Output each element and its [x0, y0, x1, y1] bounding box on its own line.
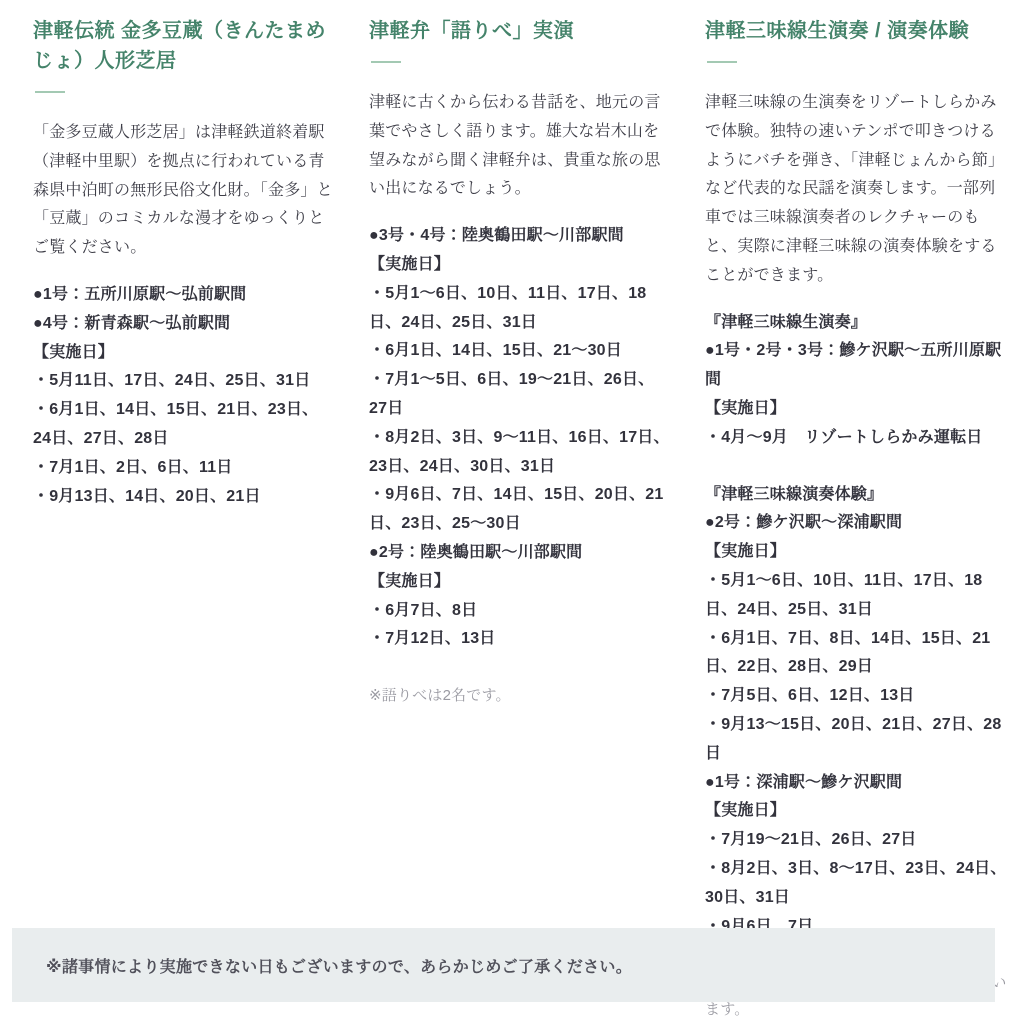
section-title: 津軽伝統 金多豆蔵（きんたまめじょ）人形芝居 [33, 16, 335, 76]
section-storytelling: 津軽弁「語りべ」実演 津軽に古くから伝わる昔話を、地元の言葉でやさしく語ります。… [369, 16, 671, 1023]
schedule-label: 【実施日】 [705, 797, 1007, 826]
title-divider [35, 91, 65, 93]
date-line: ・6月1日、14日、15日、21～30日 [369, 337, 671, 366]
schedule-blocks: ●3号・4号：陸奥鶴田駅～川部駅間 【実施日】 ・5月1～6日、10日、11日、… [369, 222, 671, 709]
route-line: ●1号：五所川原駅～弘前駅間 [33, 281, 335, 310]
section-intro: 津軽に古くから伝わる昔話を、地元の言葉でやさしく語ります。雄大な岩木山を望みなが… [369, 89, 671, 204]
page: { "colors": { "heading_green": "#44836a"… [0, 0, 1018, 1024]
date-line: ・9月13日、14日、20日、21日 [33, 483, 335, 512]
date-line: ・7月12日、13日 [369, 625, 671, 654]
schedule-label: 【実施日】 [705, 538, 1007, 567]
schedule-label: 【実施日】 [33, 339, 335, 368]
section-intro: 「金多豆蔵人形芝居」は津軽鉄道終着駅（津軽中里駅）を拠点に行われている青森県中泊… [33, 119, 335, 263]
title-divider [707, 61, 737, 63]
route-line: ●2号：陸奥鶴田駅～川部駅間 [369, 539, 671, 568]
schedule-label: 【実施日】 [369, 568, 671, 597]
entertainment-sections: 津軽伝統 金多豆蔵（きんたまめじょ）人形芝居 「金多豆蔵人形芝居」は津軽鉄道終着… [0, 0, 1018, 1023]
date-line: ・7月1日、2日、6日、11日 [33, 454, 335, 483]
date-line: ・7月1～5日、6日、19～21日、26日、27日 [369, 366, 671, 424]
date-line: ・7月19～21日、26日、27日 [705, 826, 1007, 855]
note-text: ※語りべは2名です。 [369, 682, 671, 709]
date-line: ・9月13～15日、20日、21日、27日、28日 [705, 711, 1007, 769]
date-line: ・6月7日、8日 [369, 597, 671, 626]
date-line: ・6月1日、7日、8日、14日、15日、21日、22日、28日、29日 [705, 625, 1007, 683]
date-line: ・5月1～6日、10日、11日、17日、18日、24日、25日、31日 [369, 280, 671, 338]
section-shamisen: 津軽三味線生演奏 / 演奏体験 津軽三味線の生演奏をリゾートしらかみで体験。独特… [705, 16, 1007, 1023]
route-line: ●2号：鰺ケ沢駅～深浦駅間 [705, 509, 1007, 538]
route-line: ●4号：新青森駅～弘前駅間 [33, 310, 335, 339]
section-title: 津軽弁「語りべ」実演 [369, 16, 671, 46]
schedule-label: 【実施日】 [705, 395, 1007, 424]
route-line: ●1号：深浦駅～鰺ケ沢駅間 [705, 769, 1007, 798]
section-title: 津軽三味線生演奏 / 演奏体験 [705, 16, 1007, 46]
footer-notice-text: ※諸事情により実施できない日もございますので、あらかじめご了承ください。 [46, 954, 632, 977]
schedule-blocks: ●1号：五所川原駅～弘前駅間 ●4号：新青森駅～弘前駅間 【実施日】 ・5月11… [33, 281, 335, 511]
date-line: ・9月6日、7日、14日、15日、20日、21日、23日、25～30日 [369, 481, 671, 539]
schedule-blocks: 『津軽三味線生演奏』 ●1号・2号・3号：鰺ケ沢駅～五所川原駅間 【実施日】 ・… [705, 309, 1007, 1024]
date-line: ・5月11日、17日、24日、25日、31日 [33, 367, 335, 396]
date-line: ・7月5日、6日、12日、13日 [705, 682, 1007, 711]
section-intro: 津軽三味線の生演奏をリゾートしらかみで体験。独特の速いテンポで叩きつけるようにバ… [705, 89, 1007, 291]
footer-notice-bar: ※諸事情により実施できない日もございますので、あらかじめご了承ください。 [12, 928, 995, 1002]
date-line: ・6月1日、14日、15日、21日、23日、24日、27日、28日 [33, 396, 335, 454]
date-line: ・5月1～6日、10日、11日、17日、18日、24日、25日、31日 [705, 567, 1007, 625]
section-puppet-show: 津軽伝統 金多豆蔵（きんたまめじょ）人形芝居 「金多豆蔵人形芝居」は津軽鉄道終着… [33, 16, 335, 1023]
program-subtitle: 『津軽三味線生演奏』 [705, 309, 1007, 338]
title-divider [371, 61, 401, 63]
date-line: ・8月2日、3日、8～17日、23日、24日、30日、31日 [705, 855, 1007, 913]
schedule-label: 【実施日】 [369, 251, 671, 280]
date-line: ・4月～9月 リゾートしらかみ運転日 [705, 424, 1007, 453]
program-subtitle: 『津軽三味線演奏体験』 [705, 481, 1007, 510]
route-line: ●1号・2号・3号：鰺ケ沢駅～五所川原駅間 [705, 337, 1007, 395]
date-line: ・8月2日、3日、9～11日、16日、17日、23日、24日、30日、31日 [369, 424, 671, 482]
route-line: ●3号・4号：陸奥鶴田駅～川部駅間 [369, 222, 671, 251]
